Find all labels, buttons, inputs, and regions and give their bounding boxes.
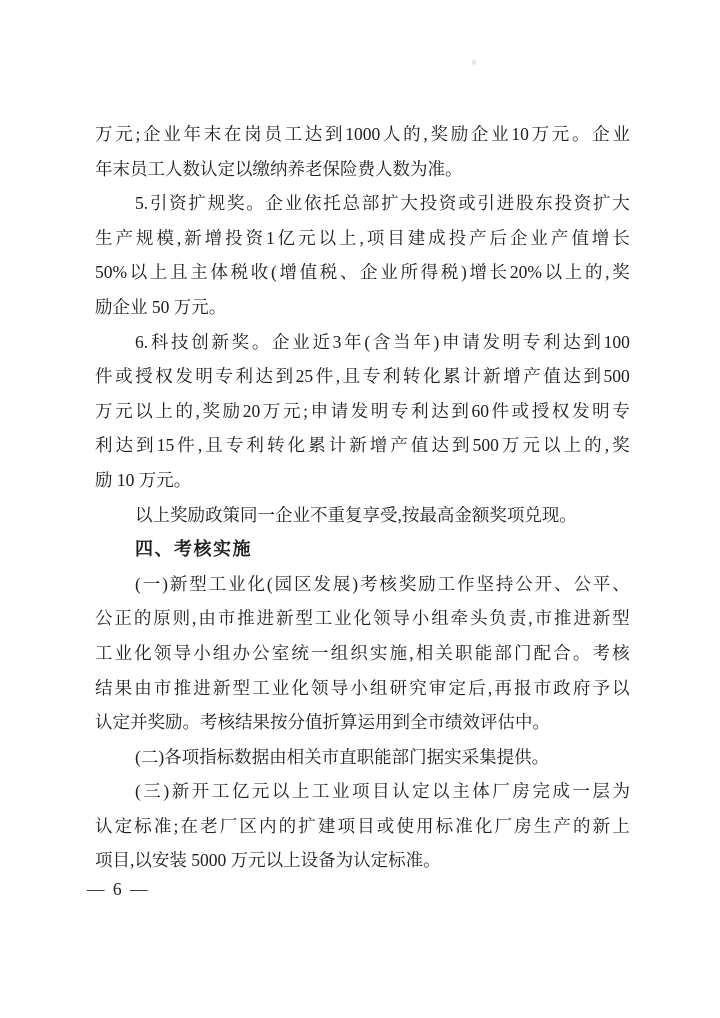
text-line: 励 10 万元。 <box>95 463 630 498</box>
scan-artifact-speck <box>472 60 476 65</box>
text-line: 认定并奖励。考核结果按分值折算运用到全市绩效评估中。 <box>95 705 630 740</box>
text-line-item-6-reward: 6.科技创新奖。企业近3年(含当年)申请发明专利达到100 <box>95 325 630 360</box>
text-line: 励企业 50 万元。 <box>95 290 630 325</box>
text-line: 认定标准;在老厂区内的扩建项目或使用标准化厂房生产的新上 <box>95 809 630 844</box>
text-line: 50%以上且主体税收(增值税、企业所得税)增长20%以上的,奖 <box>95 255 630 290</box>
text-line: 公正的原则,由市推进新型工业化领导小组牵头负责,市推进新型 <box>95 601 630 636</box>
text-line-clause-1: (一)新型工业化(园区发展)考核奖励工作坚持公开、公平、 <box>95 567 630 602</box>
document-page: 万元;企业年末在岗员工达到1000人的,奖励企业10万元。企业 年末员工人数认定… <box>0 0 720 1018</box>
text-line: 结果由市推进新型工业化领导小组研究审定后,再报市政府予以 <box>95 671 630 706</box>
text-line: 生产规模,新增投资1亿元以上,项目建成投产后企业产值增长 <box>95 221 630 256</box>
text-line: 年末员工人数认定以缴纳养老保险费人数为准。 <box>95 152 630 187</box>
document-body: 万元;企业年末在岗员工达到1000人的,奖励企业10万元。企业 年末员工人数认定… <box>95 117 630 878</box>
text-line: 万元;企业年末在岗员工达到1000人的,奖励企业10万元。企业 <box>95 117 630 152</box>
text-line-item-5-reward: 5.引资扩规奖。企业依托总部扩大投资或引进股东投资扩大 <box>95 186 630 221</box>
text-line: 项目,以安装 5000 万元以上设备为认定标准。 <box>95 843 630 878</box>
text-line: 工业化领导小组办公室统一组织实施,相关职能部门配合。考核 <box>95 636 630 671</box>
page-number: — 6 — <box>87 874 150 904</box>
text-line: 万元以上的,奖励20万元;申请发明专利达到60件或授权发明专 <box>95 394 630 429</box>
text-line: 利达到15件,且专利转化累计新增产值达到500万元以上的,奖 <box>95 428 630 463</box>
text-line-clause-3: (三)新开工亿元以上工业项目认定以主体厂房完成一层为 <box>95 774 630 809</box>
text-line: 件或授权发明专利达到25件,且专利转化累计新增产值达到500 <box>95 359 630 394</box>
text-line-clause-2: (二)各项指标数据由相关市直职能部门据实采集提供。 <box>95 740 630 775</box>
text-line: 以上奖励政策同一企业不重复享受,按最高金额奖项兑现。 <box>95 498 630 533</box>
section-heading-assessment: 四、考核实施 <box>95 532 630 567</box>
